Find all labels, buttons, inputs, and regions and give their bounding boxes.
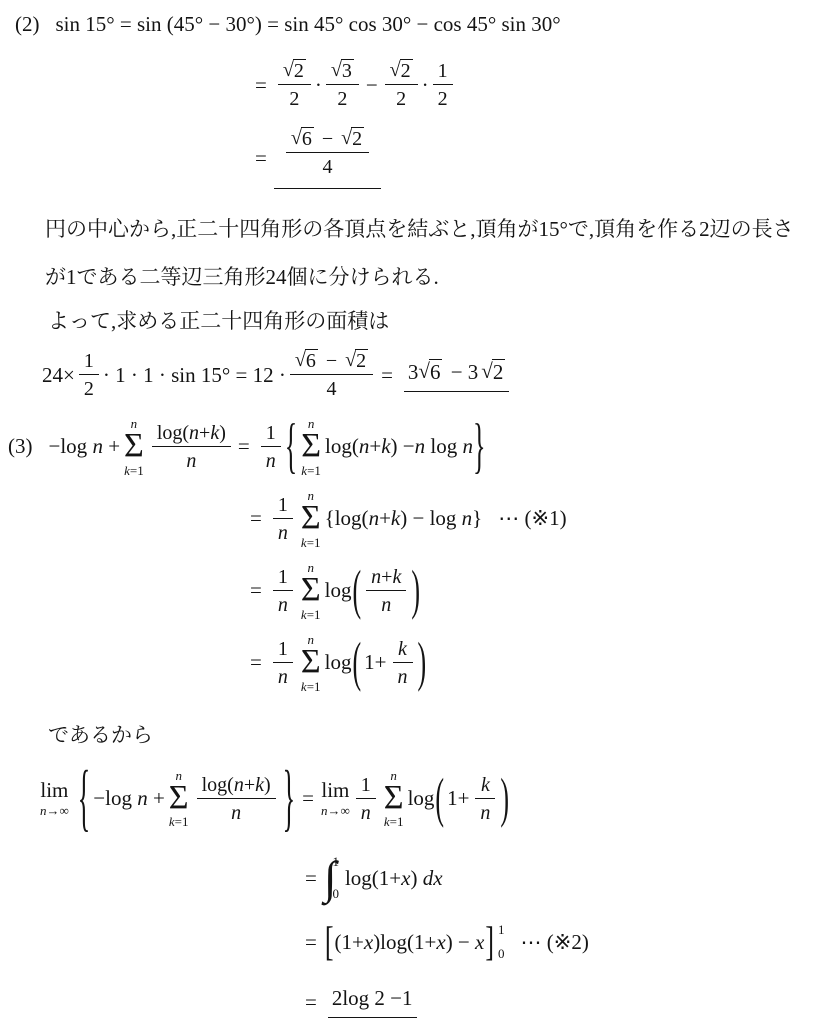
log-function: log [325,578,352,603]
integral-upper-limit: 1 [332,854,339,870]
left-brace: { [285,416,297,477]
fraction-1-over-n: 1 n [261,421,281,473]
right-bracket: ] [485,922,494,964]
item-label-3: (3) [8,434,33,459]
left-brace: { [78,761,90,836]
fraction-sqrt2-over-2: √2 2 [385,59,418,111]
coefficient: 3 [408,360,419,384]
radicand: 2 [400,59,413,83]
radical-sign: √ [418,359,430,384]
dot-operator: · [315,73,322,98]
left-paren: ( [352,563,361,618]
fraction-numerator: 1 [79,349,99,374]
integral-limits: 1 0 [332,854,339,902]
limit-operator: lim n→∞ [40,779,69,818]
sqrt-expression: √2 [341,128,364,150]
radicand: 2 [293,59,306,83]
part3-line3: = 1 n n Σ k=1 log ( n+k n ) [250,561,823,621]
sigma-symbol: Σ [124,432,144,461]
radicand: 3 [341,59,354,83]
summation: n Σ k=1 [301,489,321,549]
fraction-denominator: n [261,446,281,473]
sum-lower-limit: k=1 [169,815,189,828]
radicand: 2 [492,359,506,384]
reference-mark-1: ⋯ (※1) [498,506,566,531]
fraction-denominator: 2 [278,84,311,111]
fraction-numerator: n+k [366,565,406,590]
fraction-1-over-n: 1 n [273,637,293,689]
sqrt-expression: √6 [418,360,442,384]
summation: n Σ k=1 [301,561,321,621]
fraction-numerator: k [475,773,495,798]
integral-lower-limit: 0 [332,886,339,902]
sigma-symbol: Σ [301,504,321,533]
minus-coefficient: − 3 [451,360,479,384]
summation: n Σ k=1 [169,769,189,829]
summation: n Σ k=1 [301,417,321,477]
fraction-denominator: 2 [326,84,359,111]
radicand: 6 [429,359,443,384]
explanation-paragraph-line1: 円の中心から,正二十四角形の各頂点を結ぶと,頂角が15°で,頂角を作る2辺の長さ [45,213,823,243]
part3-line4: = 1 n n Σ k=1 log ( 1+ k n ) [250,633,823,693]
fraction-denominator: 2 [79,374,99,401]
part3-line7: = [ (1+x)log(1+x) − x ] 1 0 ⋯ (※2) [305,922,823,962]
equals-sign: = [250,650,262,675]
minus-operator: − [326,350,337,372]
fraction-sqrt6-minus-sqrt2-over-4: √6 − √2 4 [290,349,373,401]
left-paren: ( [352,635,361,690]
part3-line6: = ∫ 1 0 log(1+x) dx [305,854,823,902]
equals-sign: = [238,434,250,459]
integrand: log(1+x) dx [345,866,443,891]
fraction-denominator: 2 [433,84,453,111]
fraction-numerator: 1 [433,59,453,84]
lead-terms: −log n + [49,434,121,459]
radical-sign: √ [295,348,306,372]
part3-line1: (3) −log n + n Σ k=1 log(n+k) n = 1 n { … [8,417,823,477]
underlined-final-answer: 3√6 − 3√2 [404,359,509,392]
sum-lower-limit: k=1 [124,464,144,477]
sigma-symbol: Σ [301,432,321,461]
fraction-denominator: n [152,446,231,473]
fraction-1-over-2: 1 2 [79,349,99,401]
fraction-1-over-n: 1 n [273,565,293,617]
lim-subscript: n→∞ [321,804,350,818]
underlined-final-answer: 2log 2 −1 [328,986,417,1018]
equals-sign: = [250,506,262,531]
radicand: 2 [351,127,364,151]
radicand: 2 [355,349,368,373]
fraction-denominator: 2 [385,84,418,111]
fraction-numerator: 1 [356,773,376,798]
summation: n Σ k=1 [384,769,404,829]
fraction-denominator: n [273,518,293,545]
sum-lower-limit: k=1 [384,815,404,828]
part2-area-line: 24× 1 2 · 1 · 1 · sin 15° = 12 · √6 − √2… [42,349,823,401]
right-paren: ) [418,635,427,690]
part2-product-line: = √2 2 · √3 2 − √2 2 · 1 2 [255,59,823,111]
part2-result-line: = √6 − √2 4 [255,127,823,189]
lim-word: lim [40,779,68,802]
equals-sign: = [305,990,317,1015]
fraction-sqrt3-over-2: √3 2 [326,59,359,111]
middle-terms: · 1 · 1 · sin 15° = 12 · [103,363,286,388]
sum-lower-limit: k=1 [301,536,321,549]
fraction-numerator: √6 − √2 [286,127,369,152]
fraction-sqrt2-over-2: √2 2 [278,59,311,111]
antiderivative-body: (1+x)log(1+x) − x [335,930,485,955]
minus-operator: − [322,128,333,150]
part3-line5: lim n→∞ { −log n + n Σ k=1 log(n+k) n } … [40,769,823,829]
log-function: log [325,650,352,675]
fraction-numerator: 1 [273,493,293,518]
connective-sentence: であるから [48,719,823,749]
fraction-k-over-n: k n [475,773,495,825]
reference-mark-2: ⋯ (※2) [521,930,589,955]
fraction-denominator: 4 [290,374,373,401]
sqrt-expression: √2 [390,60,413,82]
one-plus: 1+ [447,786,469,811]
fraction-numerator: √2 [278,59,311,84]
sigma-symbol: Σ [301,648,321,677]
underlined-answer-fraction: √6 − √2 4 [274,127,381,189]
minus-operator: − [366,73,378,98]
fraction-denominator: n [273,590,293,617]
fraction-log-over-n: log(n+k) n [152,421,231,473]
right-paren: ) [411,563,420,618]
fraction-denominator: n [197,798,276,825]
conclusion-sentence: よって,求める正二十四角形の面積は [48,305,823,335]
radical-sign: √ [345,348,356,372]
fraction-n-plus-k-over-n: n+k n [366,565,406,617]
sqrt-expression: √2 [283,60,306,82]
fraction-denominator: n [356,798,376,825]
fraction-1-over-2: 1 2 [433,59,453,111]
dot-operator: · [422,73,429,98]
radical-sign: √ [291,126,302,150]
lead-terms: −log n + [93,786,165,811]
right-paren: ) [500,771,509,826]
math-solution-page: (2) sin 15° = sin (45° − 30°) = sin 45° … [0,0,823,1024]
left-bracket: [ [325,922,334,964]
equals-sign: = [250,578,262,603]
sigma-symbol: Σ [384,784,404,813]
fraction-numerator: log(n+k) [197,773,276,798]
fraction-numerator: √2 [385,59,418,84]
radicand: 6 [305,349,318,373]
radical-sign: √ [341,126,352,150]
one-plus: 1+ [364,650,386,675]
radical-sign: √ [481,359,493,384]
equals-sign: = [255,73,267,98]
fraction-k-over-n: k n [393,637,413,689]
fraction-1-over-n: 1 n [356,773,376,825]
fraction-denominator: n [366,590,406,617]
fraction-numerator: √6 − √2 [290,349,373,374]
radical-sign: √ [283,58,294,82]
radical-sign: √ [390,58,401,82]
fraction-numerator: log(n+k) [152,421,231,446]
fraction-numerator: 1 [261,421,281,446]
fraction-denominator: n [273,662,293,689]
part2-expand-line: (2) sin 15° = sin (45° − 30°) = sin 45° … [15,12,823,37]
brace-body: log(n+k) −n log n [325,434,473,459]
fraction-denominator: 4 [286,152,369,179]
explanation-paragraph-line2: が1である二等辺三角形24個に分けられる. [45,261,823,291]
coefficient: 24× [42,363,75,388]
sqrt-expression: √2 [345,350,368,372]
fraction-numerator: 1 [273,637,293,662]
sqrt-expression: √6 [291,128,314,150]
evaluation-limits: 1 0 [498,922,505,962]
part3-line2: = 1 n n Σ k=1 {log(n+k) − log n} ⋯ (※1) [250,489,823,549]
sqrt-expression: √2 [481,360,505,384]
right-brace: } [283,761,295,836]
fraction-numerator: k [393,637,413,662]
log-function: log [408,786,435,811]
equals-sign: = [381,363,393,388]
fraction-denominator: n [393,662,413,689]
radical-sign: √ [331,58,342,82]
equals-sign: = [305,930,317,955]
sum-body: {log(n+k) − log n} [325,506,483,531]
fraction-numerator: 1 [273,565,293,590]
right-brace: } [473,416,485,477]
lim-subscript: n→∞ [40,804,69,818]
expand-formula: sin 15° = sin (45° − 30°) = sin 45° cos … [56,12,561,37]
summation: n Σ k=1 [301,633,321,693]
lower-limit: 0 [498,946,505,962]
equals-sign: = [255,146,267,171]
sum-lower-limit: k=1 [301,680,321,693]
sum-lower-limit: k=1 [301,608,321,621]
summation: n Σ k=1 [124,417,144,477]
equals-sign: = [302,786,314,811]
fraction-numerator: √3 [326,59,359,84]
sqrt-expression: √3 [331,60,354,82]
sigma-symbol: Σ [169,784,189,813]
upper-limit: 1 [498,922,505,938]
fraction-log-over-n: log(n+k) n [197,773,276,825]
radicand: 6 [301,127,314,151]
sigma-symbol: Σ [301,576,321,605]
part3-line8: = 2log 2 −1 [305,986,823,1018]
left-paren: ( [435,771,444,826]
equals-sign: = [305,866,317,891]
fraction-denominator: n [475,798,495,825]
fraction-1-over-n: 1 n [273,493,293,545]
sqrt-expression: √6 [295,350,318,372]
lim-word: lim [321,779,349,802]
sum-lower-limit: k=1 [301,464,321,477]
item-label-2: (2) [15,12,40,37]
limit-operator: lim n→∞ [321,779,350,818]
fraction-sqrt6-minus-sqrt2-over-4: √6 − √2 4 [286,127,369,179]
